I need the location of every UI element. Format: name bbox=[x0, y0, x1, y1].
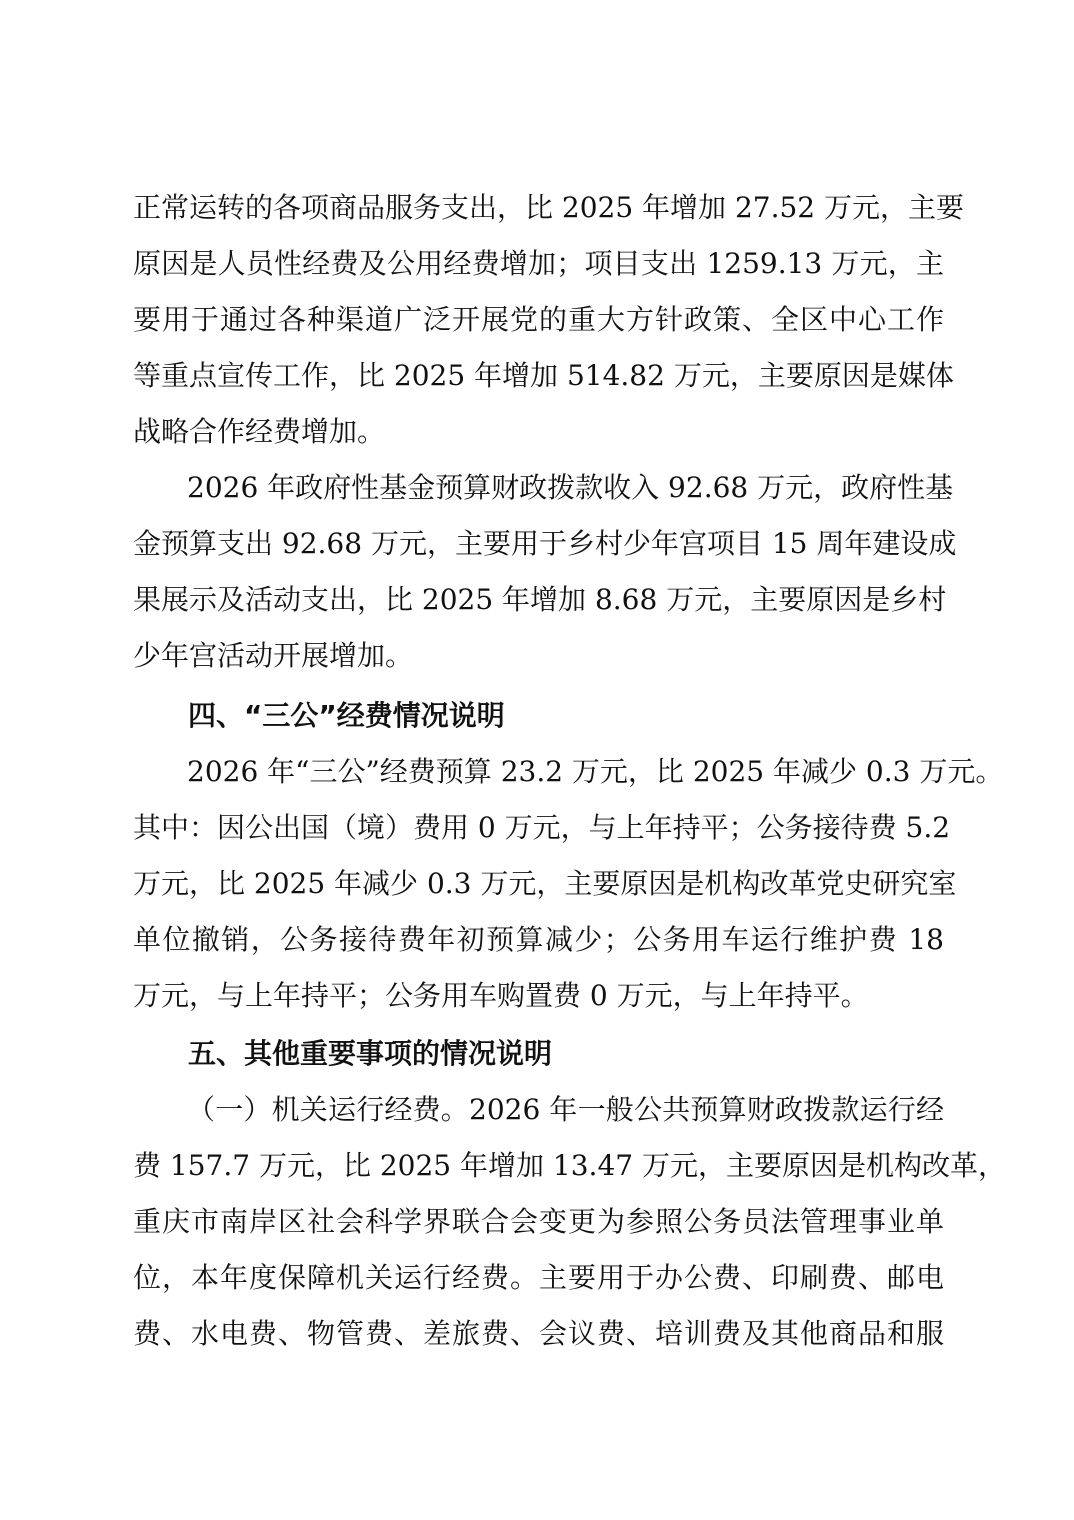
paragraph-line: 等重点宣传工作，比 2025 年增加 514.82 万元，主要原因是媒体 bbox=[133, 356, 944, 396]
paragraph-line: 费 157.7 万元，比 2025 年增加 13.47 万元，主要原因是机构改革… bbox=[133, 1146, 944, 1186]
paragraph-line: 万元，与上年持平；公务用车购置费 0 万元，与上年持平。 bbox=[133, 976, 944, 1016]
paragraph-line: 战略合作经费增加。 bbox=[133, 412, 944, 452]
paragraph-first-line: 2026 年“三公”经费预算 23.2 万元，比 2025 年减少 0.3 万元… bbox=[187, 752, 944, 792]
paragraph-line: 金预算支出 92.68 万元，主要用于乡村少年宫项目 15 周年建设成 bbox=[133, 524, 944, 564]
section-heading-four: 四、“三公”经费情况说明 bbox=[188, 696, 505, 736]
paragraph-line: 重庆市南岸区社会科学界联合会变更为参照公务员法管理事业单 bbox=[133, 1202, 944, 1242]
section-heading-five: 五、其他重要事项的情况说明 bbox=[188, 1034, 552, 1074]
paragraph-line: 正常运转的各项商品服务支出，比 2025 年增加 27.52 万元，主要 bbox=[133, 188, 944, 228]
paragraph-line: 原因是人员性经费及公用经费增加；项目支出 1259.13 万元，主 bbox=[133, 244, 944, 284]
paragraph-line: 少年宫活动开展增加。 bbox=[133, 636, 944, 676]
paragraph-first-line: 2026 年政府性基金预算财政拨款收入 92.68 万元，政府性基 bbox=[187, 468, 944, 508]
paragraph-line: 果展示及活动支出，比 2025 年增加 8.68 万元，主要原因是乡村 bbox=[133, 580, 944, 620]
document-page: 正常运转的各项商品服务支出，比 2025 年增加 27.52 万元，主要 原因是… bbox=[0, 0, 1074, 1520]
paragraph-line: 单位撤销，公务接待费年初预算减少；公务用车运行维护费 18 bbox=[133, 920, 944, 960]
paragraph-line: 费、水电费、物管费、差旅费、会议费、培训费及其他商品和服 bbox=[133, 1314, 944, 1354]
paragraph-line: 位，本年度保障机关运行经费。主要用于办公费、印刷费、邮电 bbox=[133, 1258, 944, 1298]
paragraph-line: 要用于通过各种渠道广泛开展党的重大方针政策、全区中心工作 bbox=[133, 300, 944, 340]
paragraph-first-line: （一）机关运行经费。2026 年一般公共预算财政拨款运行经 bbox=[187, 1090, 944, 1130]
paragraph-line: 万元，比 2025 年减少 0.3 万元，主要原因是机构改革党史研究室 bbox=[133, 864, 944, 904]
paragraph-line: 其中：因公出国（境）费用 0 万元，与上年持平；公务接待费 5.2 bbox=[133, 808, 944, 848]
